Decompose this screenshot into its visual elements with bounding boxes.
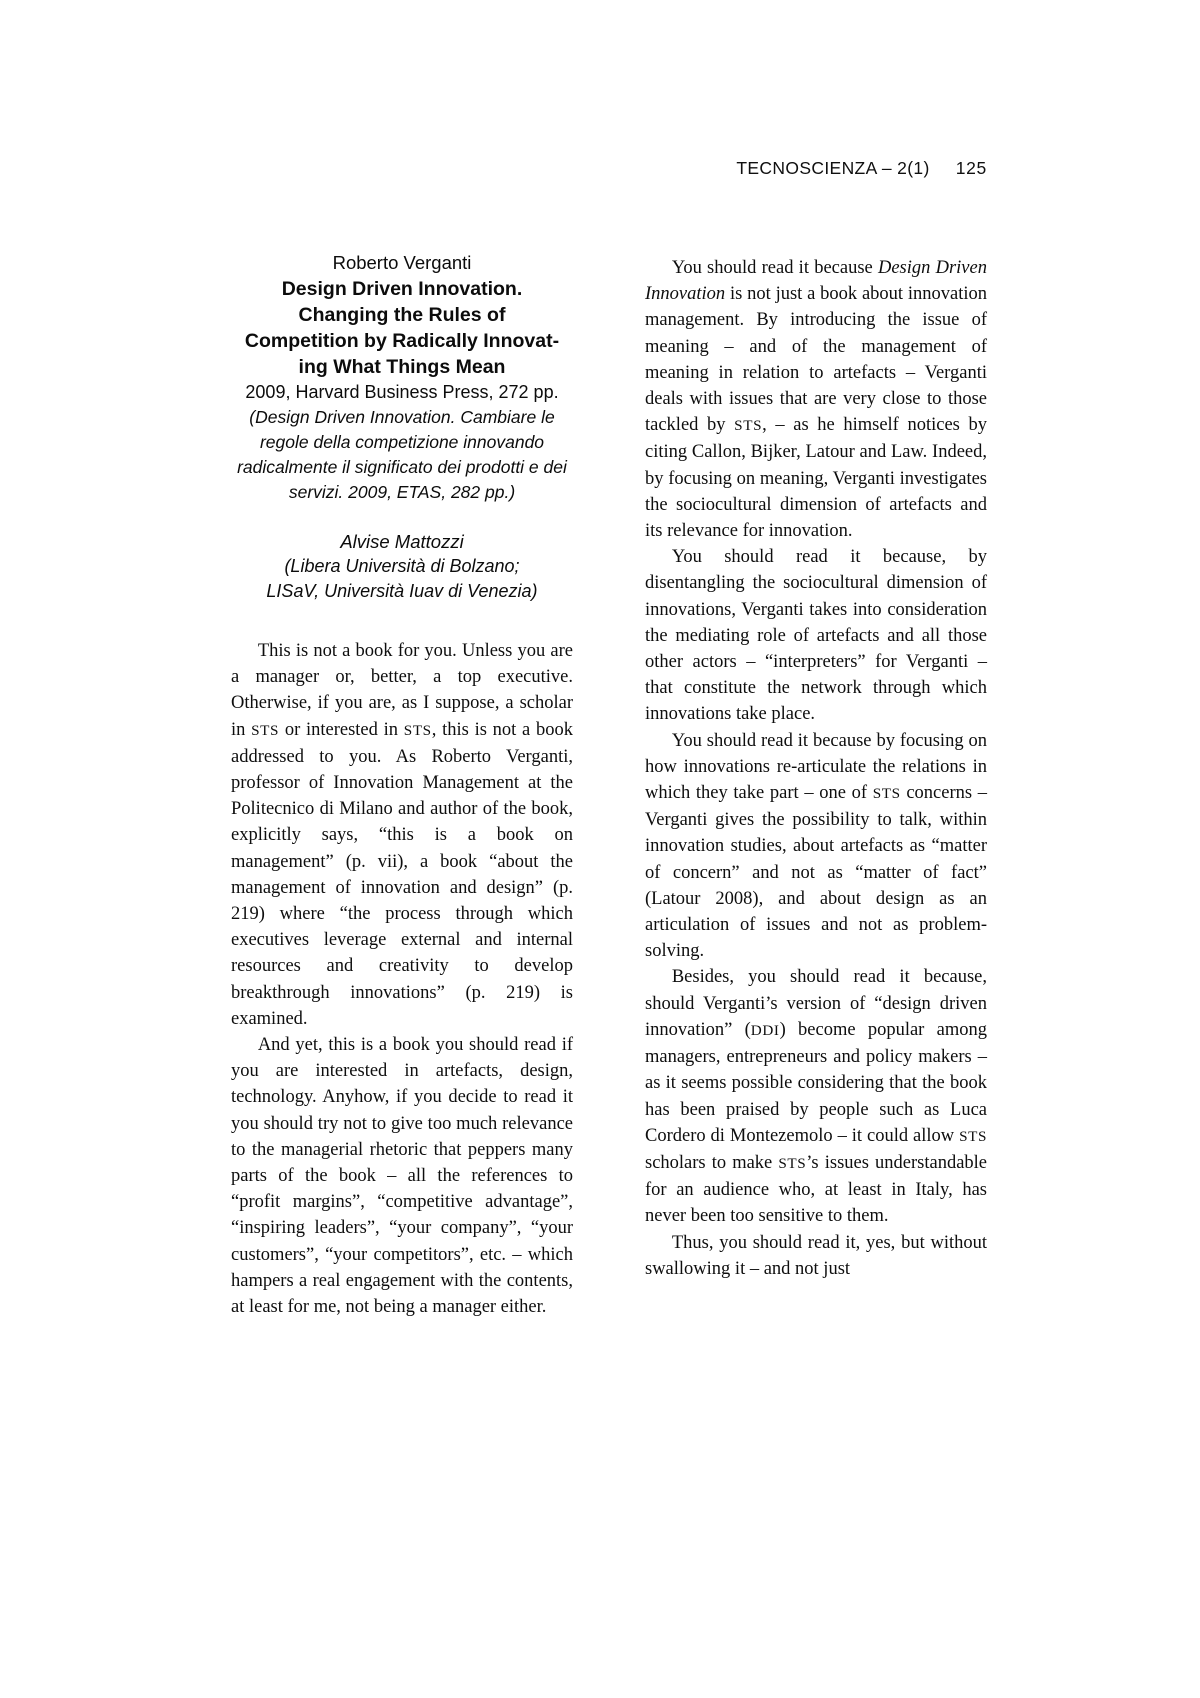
text-run: , this is not a book addressed to you. A… bbox=[231, 720, 573, 1029]
text-line: Changing the Rules of bbox=[231, 302, 573, 328]
right-column-body: You should read it because Design Driven… bbox=[645, 250, 987, 1282]
smallcaps-text-run: STS bbox=[778, 1155, 806, 1172]
paragraph: Besides, you should read it because, sho… bbox=[645, 964, 987, 1229]
book-citation: Roberto Verganti Design Driven Innovatio… bbox=[231, 250, 573, 604]
smallcaps-text-run: STS bbox=[734, 417, 762, 434]
text-run: You should read it because bbox=[672, 258, 878, 278]
book-edition: 2009, Harvard Business Press, 272 pp. bbox=[231, 380, 573, 405]
reviewer-name: Alvise Mattozzi bbox=[231, 529, 573, 554]
journal-issue-label: TECNOSCIENZA – 2(1) bbox=[736, 158, 929, 179]
text-line: regole della competizione innovando bbox=[231, 430, 573, 455]
text-run: or interested in bbox=[279, 720, 404, 740]
text-line: ing What Things Mean bbox=[231, 354, 573, 380]
text-line: (Design Driven Innovation. Cambiare le bbox=[231, 405, 573, 430]
text-run: scholars to make bbox=[645, 1153, 778, 1173]
page-number: 125 bbox=[956, 158, 987, 179]
book-translation: (Design Driven Innovation. Cambiare lere… bbox=[231, 405, 573, 505]
book-title: Design Driven Innovation.Changing the Ru… bbox=[231, 276, 573, 380]
paragraph: And yet, this is a book you should read … bbox=[231, 1032, 573, 1320]
text-run: And yet, this is a book you should read … bbox=[231, 1035, 573, 1317]
text-run: concerns – Verganti gives the possibilit… bbox=[645, 783, 987, 961]
right-column: You should read it because Design Driven… bbox=[645, 250, 987, 1320]
text-run: Thus, you should read it, yes, but witho… bbox=[645, 1233, 987, 1279]
smallcaps-text-run: STS bbox=[873, 785, 901, 802]
running-header: TECNOSCIENZA – 2(1) 125 bbox=[231, 158, 987, 179]
text-line: Competition by Radically Innovat- bbox=[231, 328, 573, 354]
paragraph: Thus, you should read it, yes, but witho… bbox=[645, 1230, 987, 1282]
paragraph: You should read it because Design Driven… bbox=[645, 255, 987, 544]
journal-page: TECNOSCIENZA – 2(1) 125 Roberto Verganti… bbox=[0, 0, 1200, 1698]
left-column: Roberto Verganti Design Driven Innovatio… bbox=[231, 250, 573, 1320]
paragraph: You should read it because by focusing o… bbox=[645, 728, 987, 965]
smallcaps-text-run: DDI bbox=[751, 1022, 780, 1039]
reviewer-affiliation: (Libera Università di Bolzano;LISaV, Uni… bbox=[231, 554, 573, 604]
smallcaps-text-run: STS bbox=[959, 1128, 987, 1145]
book-author: Roberto Verganti bbox=[231, 250, 573, 276]
text-line: (Libera Università di Bolzano; bbox=[231, 554, 573, 579]
smallcaps-text-run: STS bbox=[251, 722, 279, 739]
text-run: is not just a book about innovation mana… bbox=[645, 284, 987, 435]
text-line: LISaV, Università Iuav di Venezia) bbox=[231, 579, 573, 604]
paragraph: You should read it because, by disentang… bbox=[645, 544, 987, 727]
text-line: servizi. 2009, ETAS, 282 pp.) bbox=[231, 480, 573, 505]
text-line: radicalmente il significato dei prodotti… bbox=[231, 455, 573, 480]
text-run: You should read it because, by disentang… bbox=[645, 547, 987, 724]
smallcaps-text-run: STS bbox=[404, 722, 432, 739]
text-columns: Roberto Verganti Design Driven Innovatio… bbox=[231, 250, 987, 1320]
text-line: Design Driven Innovation. bbox=[231, 276, 573, 302]
paragraph: This is not a book for you. Unless you a… bbox=[231, 638, 573, 1032]
left-column-body: This is not a book for you. Unless you a… bbox=[231, 638, 573, 1320]
